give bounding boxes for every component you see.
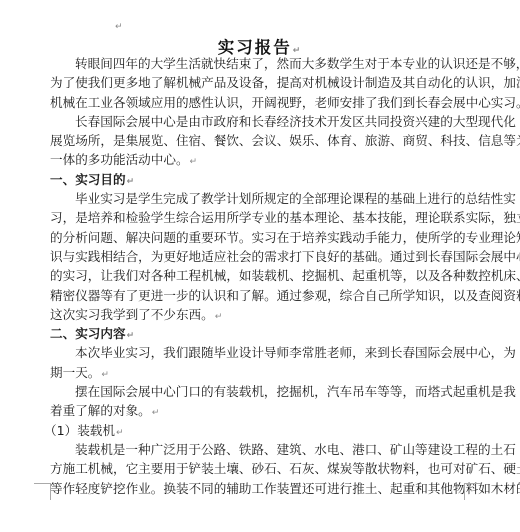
line-text: 二、实习内容 — [50, 326, 126, 341]
line-text: 等作轻度铲挖作业。换装不同的辅助工作装置还可进行推土、起重和其他物料如木材的 — [50, 481, 520, 496]
line-text: 摆在国际会展中心门口的有装载机，挖掘机，汽车吊车等等，而塔式起重机是我 — [75, 384, 516, 399]
line-text: 着重了解的对象。 — [50, 403, 151, 418]
line-text: 长春国际会展中心是由市政府和长春经济技术开发区共同投资兴建的大型现代化 — [75, 114, 516, 129]
line-text: 展览场所，是集展览、住宿、餐饮、会议、娱乐、体育、旅游、商贸、科技、信息等为 — [50, 133, 520, 148]
text-line: （1）装载机↵ — [44, 421, 464, 440]
text-line: 转眼间四年的大学生活就快结束了，然而大多数学生对于本专业的认识还是不够， — [50, 54, 464, 73]
line-text: 本次毕业实习，我们跟随毕业设计导师李常胜老师，来到长春国际会展中心，为 — [75, 345, 516, 360]
line-text: 装载机是一种广泛用于公路、铁路、建筑、水电、港口、矿山等建设工程的土石 — [75, 442, 516, 457]
line-text: 机械在工业各领域应用的感性认识，开阔视野，老师安排了我们到长春会展中心实习。 — [50, 95, 520, 110]
text-line: 精密仪器等有了更进一步的认识和了解。通过参观，综合自己所学知识，以及查阅资料， — [50, 286, 464, 305]
paragraph-mark-icon: ↵ — [215, 312, 223, 322]
text-line: 毕业实习是学生完成了教学计划所规定的全部理论课程的基础上进行的总结性实 — [50, 189, 464, 208]
document-body[interactable]: 转眼间四年的大学生活就快结束了，然而大多数学生对于本专业的认识还是不够，为了使我… — [50, 54, 464, 498]
text-line: 的实习，让我们对各种工程机械，如装载机、挖掘机、起重机等，以及各种数控机床、 — [50, 266, 464, 285]
paragraph-mark-icon: ↵ — [115, 22, 123, 32]
line-text: 方施工机械，它主要用于铲装土壤、砂石、石灰、煤炭等散状物料，也可对矿石、硬土 — [50, 461, 520, 476]
paragraph-mark-icon: ↵ — [127, 331, 135, 341]
line-text: 一、实习目的 — [50, 172, 126, 187]
text-line: 一体的多功能活动中心。↵ — [50, 150, 464, 169]
line-text: 期一天。 — [50, 365, 100, 380]
section-heading: 一、实习目的↵ — [50, 170, 464, 189]
paragraph-mark-icon: ↵ — [116, 428, 124, 438]
text-line: 展览场所，是集展览、住宿、餐饮、会议、娱乐、体育、旅游、商贸、科技、信息等为 — [50, 131, 464, 150]
line-text: 的分析问题、解决问题的重要环节。实习在于培养实践动手能力，使所学的专业理论知 — [50, 230, 520, 245]
text-line: 识与实践相结合，为更好地适应社会的需求打下良好的基础。通过到长春国际会展中心 — [50, 247, 464, 266]
text-line: 机械在工业各领域应用的感性认识，开阔视野，老师安排了我们到长春会展中心实习。↵ — [50, 93, 464, 112]
text-line: 习，是培养和检验学生综合运用所学专业的基本理论、基本技能，理论联系实际，独立 — [50, 208, 464, 227]
text-line: 摆在国际会展中心门口的有装载机，挖掘机，汽车吊车等等，而塔式起重机是我 — [50, 382, 464, 401]
paragraph-mark-icon: ↵ — [152, 408, 160, 418]
section-heading: 二、实习内容↵ — [50, 324, 464, 343]
paragraph-mark-icon: ↵ — [101, 370, 109, 380]
line-text: 习，是培养和检验学生综合运用所学专业的基本理论、基本技能，理论联系实际，独立 — [50, 210, 520, 225]
page-corner-mark-bottom-right — [464, 483, 481, 500]
line-text: 转眼间四年的大学生活就快结束了，然而大多数学生对于本专业的认识还是不够， — [75, 56, 520, 71]
paragraph-mark-icon: ↵ — [127, 177, 135, 187]
line-text: 为了使我们更多地了解机械产品及设备，提高对机械设计制造及其自动化的认识，加深 — [50, 75, 520, 90]
page-corner-mark-bottom-left — [34, 483, 51, 500]
text-line: 装载机是一种广泛用于公路、铁路、建筑、水电、港口、矿山等建设工程的土石 — [50, 440, 464, 459]
text-line: 为了使我们更多地了解机械产品及设备，提高对机械设计制造及其自动化的认识，加深 — [50, 73, 464, 92]
line-text: 一体的多功能活动中心。 — [50, 152, 189, 167]
text-line: 的分析问题、解决问题的重要环节。实习在于培养实践动手能力，使所学的专业理论知 — [50, 228, 464, 247]
line-text: 的实习，让我们对各种工程机械，如装载机、挖掘机、起重机等，以及各种数控机床、 — [50, 268, 520, 283]
text-line: 这次实习我学到了不少东西。↵ — [50, 305, 464, 324]
text-line: 期一天。↵ — [50, 363, 464, 382]
text-line: 等作轻度铲挖作业。换装不同的辅助工作装置还可进行推土、起重和其他物料如木材的 — [50, 479, 464, 498]
line-text: 这次实习我学到了不少东西。 — [50, 307, 214, 322]
line-text: 毕业实习是学生完成了教学计划所规定的全部理论课程的基础上进行的总结性实 — [75, 191, 516, 206]
text-line: 方施工机械，它主要用于铲装土壤、砂石、石灰、煤炭等散状物料，也可对矿石、硬土 — [50, 459, 464, 478]
paragraph-mark-icon: ↵ — [190, 157, 198, 167]
line-text: （1）装载机 — [44, 423, 115, 438]
text-line: 长春国际会展中心是由市政府和长春经济技术开发区共同投资兴建的大型现代化 — [50, 112, 464, 131]
text-line: 本次毕业实习，我们跟随毕业设计导师李常胜老师，来到长春国际会展中心，为 — [50, 343, 464, 362]
text-line: 着重了解的对象。↵ — [50, 401, 464, 420]
line-text: 精密仪器等有了更进一步的认识和了解。通过参观，综合自己所学知识，以及查阅资料， — [50, 288, 520, 303]
line-text: 识与实践相结合，为更好地适应社会的需求打下良好的基础。通过到长春国际会展中心 — [50, 249, 520, 264]
document-page[interactable]: ↵ 实习报告↵ 转眼间四年的大学生活就快结束了，然而大多数学生对于本专业的认识还… — [0, 0, 520, 532]
